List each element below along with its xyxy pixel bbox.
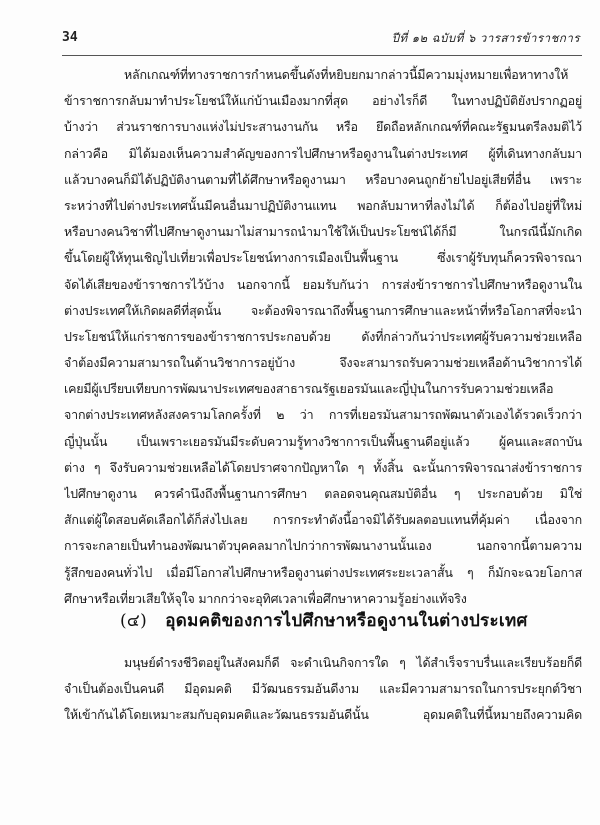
document-page: 34 ปีที่ ๑๒ ฉบับที่ ๖ วารสารข้าราชการ หล… bbox=[0, 0, 600, 825]
section-heading: (๔) อุดมคติของการไปศึกษาหรือดูงานในต่างป… bbox=[120, 607, 528, 634]
page-number: 34 bbox=[62, 30, 78, 45]
text-line: มนุษย์ดำรงชีวิตอยู่ในสังคมก็ดี จะดำเนินก… bbox=[64, 650, 582, 676]
text-line: ประโยชน์ให้แก่ราชการของข้าราชการประกอบด้… bbox=[64, 324, 582, 350]
text-line: ต่าง ๆ จึงรับความช่วยเหลือได้โดยปราศจากป… bbox=[64, 455, 582, 481]
text-line: หลักเกณฑ์ที่ทางราชการกำหนดขึ้นดังที่หยิบ… bbox=[64, 62, 582, 88]
running-head: ปีที่ ๑๒ ฉบับที่ ๖ วารสารข้าราชการ bbox=[392, 30, 580, 48]
paragraph-1: หลักเกณฑ์ที่ทางราชการกำหนดขึ้นดังที่หยิบ… bbox=[64, 62, 582, 612]
text-line: ข้าราชการกลับมาทำประโยชน์ให้แก่บ้านเมือง… bbox=[64, 88, 582, 114]
text-line: จัดได้เสียของข้าราชการไว้บ้าง นอกจากนี้ … bbox=[64, 272, 582, 298]
text-line: สักแต่ผู้ใดสอบคัดเลือกได้ก็ส่งไปเลย การก… bbox=[64, 507, 582, 533]
paragraph-2: มนุษย์ดำรงชีวิตอยู่ในสังคมก็ดี จะดำเนินก… bbox=[64, 650, 582, 729]
text-line: จำต้องมีความสามารถในด้านวิชาการอยู่บ้าง … bbox=[64, 350, 582, 376]
header-divider bbox=[62, 55, 582, 56]
section-number: (๔) bbox=[120, 611, 147, 631]
text-line: บ้างว่า ส่วนราชการบางแห่งไม่ประสานงานกัน… bbox=[64, 114, 582, 140]
text-line: ขึ้นโดยผู้ให้ทุนเชิญไปเที่ยวเพื่อประโยชน… bbox=[64, 245, 582, 271]
text-line: ไปศึกษาดูงาน ควรคำนึงถึงพื้นฐานการศึกษา … bbox=[64, 481, 582, 507]
section-title: อุดมคติของการไปศึกษาหรือดูงานในต่างประเท… bbox=[165, 611, 527, 631]
text-line: จากต่างประเทศหลังสงครามโลกครั้งที่ ๒ ว่า… bbox=[64, 402, 582, 428]
text-line: ระหว่างที่ไปต่างประเทศนั้นมีคนอื่นมาปฏิบ… bbox=[64, 193, 582, 219]
text-line: รู้สึกของคนทั่วไป เมื่อมีโอกาสไปศึกษาหรื… bbox=[64, 560, 582, 586]
text-line: กล่าวคือ มิได้มองเห็นความสำคัญของการไปศึ… bbox=[64, 141, 582, 167]
text-line: การจะกลายเป็นทำนองพัฒนาตัวบุคคลมากไปกว่า… bbox=[64, 533, 582, 559]
text-line: แล้วบางคนก็มิได้ปฏิบัติงานตามที่ได้ศึกษา… bbox=[64, 167, 582, 193]
text-line: ญี่ปุ่นนั้น เป็นเพราะเยอรมันมีระดับความร… bbox=[64, 429, 582, 455]
text-line: ให้เข้ากันได้โดยเหมาะสมกับอุดมคติและวัฒน… bbox=[64, 702, 582, 728]
text-line: จำเป็นต้องเป็นคนดี มีอุดมคติ มีวัฒนธรรมอ… bbox=[64, 676, 582, 702]
page-header: 34 ปีที่ ๑๒ ฉบับที่ ๖ วารสารข้าราชการ bbox=[62, 30, 580, 52]
text-line: เคยมีผู้เปรียบเทียบการพัฒนาประเทศของสาธา… bbox=[64, 376, 582, 402]
text-line: หรือบางคนวิชาที่ไปศึกษาดูงานมาไม่สามารถน… bbox=[64, 219, 582, 245]
text-line: ต่างประเทศให้เกิดผลดีที่สุดนั้น จะต้องพิ… bbox=[64, 298, 582, 324]
